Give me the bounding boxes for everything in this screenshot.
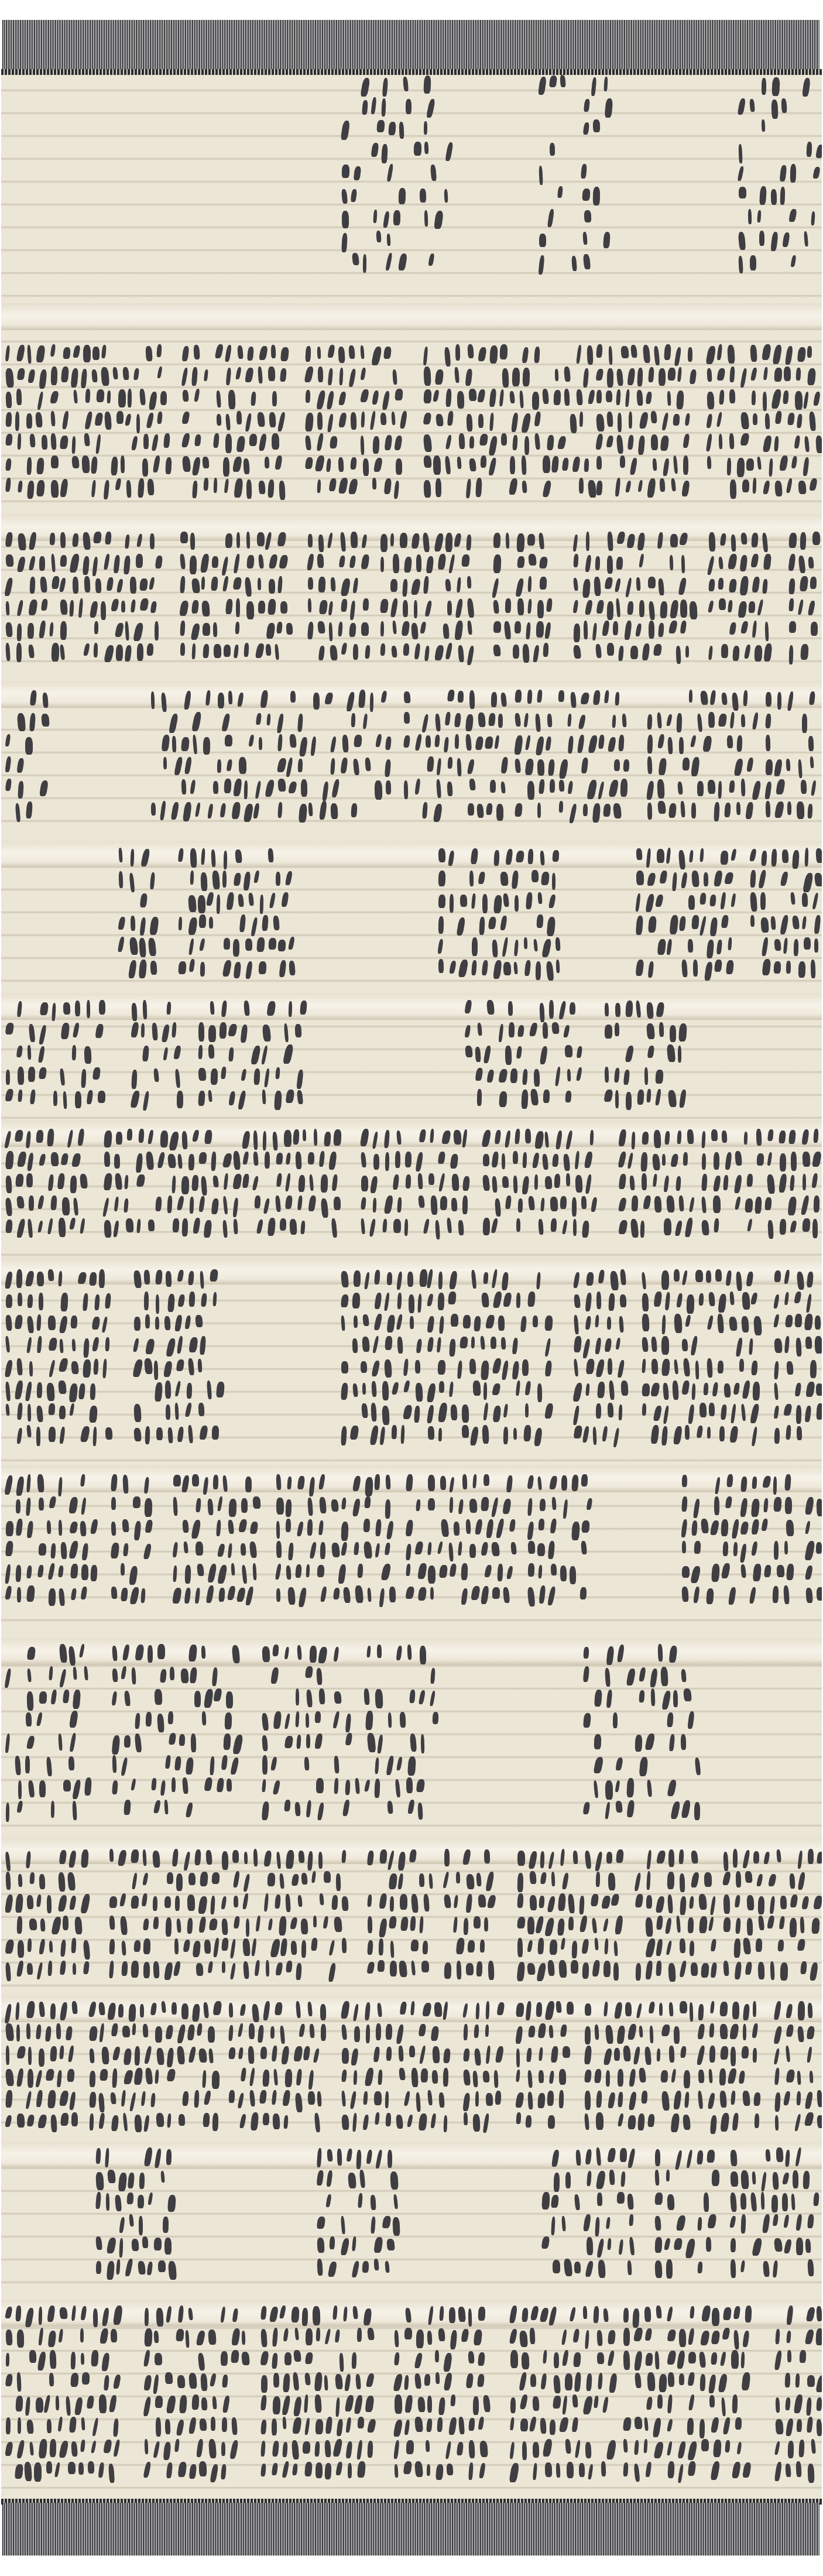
tuft-mark	[294, 1802, 301, 1816]
tuft-mark	[386, 2239, 395, 2250]
tuft-mark	[73, 345, 81, 358]
tuft-mark	[390, 1961, 397, 1976]
tuft-mark	[129, 937, 139, 955]
tuft-mark	[539, 1896, 544, 1908]
tuft-mark	[209, 917, 213, 929]
tuft-mark	[265, 780, 275, 797]
tuft-mark	[556, 960, 560, 973]
tuft-mark	[561, 1938, 566, 1950]
tuft-mark	[534, 1428, 543, 1446]
tuft-mark	[438, 1293, 445, 1310]
tuft-mark	[628, 2092, 637, 2110]
tuft-mark	[448, 1543, 454, 1561]
tuft-mark	[707, 556, 715, 575]
tuft-mark	[401, 621, 410, 636]
tuft-mark	[133, 1521, 141, 1540]
tuft-mark	[487, 1895, 497, 1908]
tuft-mark	[223, 457, 229, 477]
tuft-mark	[743, 1938, 752, 1954]
tuft-mark	[69, 1733, 77, 1752]
tuft-mark	[596, 2112, 603, 2130]
tuft-mark	[38, 2328, 44, 2345]
tuft-mark	[741, 779, 746, 796]
tuft-mark	[709, 2395, 715, 2407]
tuft-mark	[643, 1195, 651, 1209]
tuft-mark	[797, 1939, 806, 1951]
tuft-mark	[719, 598, 726, 610]
tuft-mark	[257, 412, 265, 427]
tuft-mark	[50, 480, 59, 498]
tuft-mark	[244, 780, 248, 799]
tuft-mark	[414, 2353, 423, 2368]
tuft-mark	[435, 2350, 439, 2362]
tuft-mark	[708, 1292, 715, 1306]
tuft-mark	[37, 1272, 44, 1286]
tuft-mark	[521, 413, 532, 433]
tuft-mark	[509, 391, 515, 403]
tuft-mark	[248, 893, 254, 906]
tuft-mark	[98, 2113, 105, 2129]
tuft-mark	[191, 643, 196, 659]
tuft-mark	[724, 872, 734, 884]
tuft-mark	[585, 600, 594, 615]
tuft-mark	[603, 2049, 612, 2065]
tuft-mark	[605, 1668, 611, 1687]
tuft-mark	[18, 1090, 23, 1102]
tuft-mark	[463, 2049, 470, 2061]
tuft-mark	[212, 1176, 219, 1187]
tuft-mark	[645, 2462, 652, 2477]
tuft-mark	[733, 1175, 742, 1193]
tuft-mark	[286, 1519, 291, 1532]
tuft-mark	[200, 962, 205, 977]
tuft-mark	[639, 1667, 646, 1681]
tuft-mark	[813, 1896, 822, 1909]
tuft-mark	[121, 601, 125, 612]
tuft-mark	[615, 1801, 623, 1813]
tuft-mark	[221, 1755, 228, 1770]
tuft-mark	[729, 780, 735, 793]
tuft-mark	[491, 692, 498, 707]
tuft-mark	[732, 2113, 739, 2130]
tuft-mark	[404, 2420, 410, 2435]
tuft-mark	[596, 2239, 605, 2258]
tuft-mark	[80, 2440, 85, 2452]
tuft-mark	[203, 2113, 210, 2127]
tuft-mark	[106, 577, 114, 591]
tuft-mark	[499, 1091, 507, 1107]
tuft-mark	[231, 1563, 235, 1575]
tuft-mark	[176, 2420, 185, 2435]
tuft-mark	[493, 895, 502, 913]
tuft-mark	[396, 2115, 403, 2129]
tuft-mark	[258, 601, 265, 614]
tuft-mark	[683, 455, 688, 475]
tuft-mark	[646, 392, 653, 404]
tuft-mark	[260, 2441, 266, 2457]
tuft-mark	[228, 1499, 236, 1517]
tuft-mark	[554, 2173, 560, 2192]
tuft-mark	[277, 412, 286, 431]
tuft-mark	[48, 1338, 57, 1351]
tuft-mark	[18, 781, 24, 799]
tuft-mark	[674, 347, 681, 366]
tuft-mark	[84, 1666, 88, 1680]
tuft-mark	[736, 1871, 742, 1888]
tuft-mark	[352, 2352, 357, 2369]
tuft-mark	[340, 2238, 350, 2255]
tuft-mark	[197, 1359, 202, 1372]
tuft-mark	[654, 2237, 662, 2253]
tuft-mark	[172, 1218, 179, 1232]
tuft-mark	[80, 1521, 86, 1536]
tuft-mark	[457, 457, 461, 469]
tuft-mark	[111, 2329, 118, 2342]
tuft-mark	[579, 2463, 585, 2477]
tuft-mark	[364, 1688, 370, 1705]
tuft-mark	[181, 1176, 189, 1194]
tuft-mark	[454, 621, 464, 640]
tuft-mark	[145, 346, 153, 361]
tuft-mark	[618, 2069, 623, 2087]
tuft-mark	[16, 2025, 20, 2041]
tuft-mark	[269, 579, 275, 594]
tuft-mark	[762, 2214, 771, 2233]
tuft-mark	[56, 2396, 59, 2410]
tuft-mark	[563, 1025, 570, 1037]
tuft-mark	[27, 481, 35, 499]
tuft-mark	[390, 598, 398, 617]
tuft-mark	[660, 2070, 668, 2082]
tuft-mark	[729, 433, 734, 449]
tuft-mark	[148, 1220, 155, 1231]
tuft-mark	[234, 645, 239, 658]
tuft-mark	[142, 2236, 149, 2248]
tuft-mark	[541, 872, 550, 885]
tuft-mark	[6, 1803, 9, 1822]
tuft-mark	[352, 2236, 356, 2251]
tuft-mark	[327, 2262, 337, 2277]
tuft-mark	[341, 2216, 345, 2234]
tuft-mark	[224, 1173, 229, 1190]
tuft-mark	[582, 1339, 591, 1358]
tuft-mark	[810, 577, 817, 589]
tuft-mark	[71, 2112, 78, 2126]
tuft-mark	[355, 1778, 360, 1794]
tuft-mark	[729, 389, 736, 403]
tuft-mark	[149, 577, 155, 590]
tuft-mark	[319, 801, 327, 820]
tuft-mark	[16, 1046, 23, 1057]
tuft-mark	[371, 1403, 377, 1421]
tuft-mark	[166, 2048, 174, 2067]
tuft-mark	[92, 347, 100, 360]
tuft-mark	[602, 621, 610, 636]
tuft-mark	[253, 871, 260, 883]
tuft-mark	[583, 368, 589, 388]
tuft-mark	[129, 2214, 134, 2226]
tuft-mark	[537, 600, 544, 618]
tuft-mark	[533, 1316, 538, 1327]
tuft-mark	[365, 1711, 373, 1730]
tuft-mark	[667, 2395, 673, 2413]
tuft-mark	[461, 1563, 468, 1580]
tuft-mark	[811, 622, 818, 636]
tuft-mark	[5, 1895, 14, 1913]
tuft-mark	[605, 1802, 611, 1819]
tuft-mark	[579, 1896, 585, 1914]
tuft-mark	[172, 1022, 177, 1037]
tuft-mark	[328, 1152, 337, 1170]
tuft-mark	[646, 781, 654, 800]
tuft-mark	[188, 2417, 197, 2434]
tuft-mark	[150, 872, 155, 889]
tuft-mark	[430, 2113, 437, 2128]
tuft-mark	[438, 1173, 445, 1191]
tuft-mark	[369, 1219, 376, 1236]
tuft-mark	[61, 1023, 70, 1039]
tuft-mark	[133, 1940, 140, 1952]
tuft-mark	[125, 414, 132, 426]
tuft-mark	[5, 2115, 12, 2127]
tuft-mark	[467, 759, 475, 774]
tuft-mark	[5, 1198, 13, 1216]
tuft-mark	[16, 600, 23, 616]
tuft-mark	[146, 1152, 155, 1170]
tuft-mark	[403, 1381, 410, 1392]
tuft-mark	[773, 2214, 779, 2226]
tuft-mark	[151, 1778, 157, 1790]
tuft-mark	[710, 2115, 717, 2134]
tuft-mark	[262, 2070, 269, 2087]
tuft-mark	[179, 2114, 186, 2126]
tuft-mark	[69, 554, 80, 573]
tuft-mark	[269, 938, 277, 950]
tuft-mark	[613, 1428, 620, 1447]
tuft-mark	[461, 1588, 468, 1605]
tuft-mark	[618, 735, 625, 751]
tuft-mark	[543, 643, 548, 657]
tuft-mark	[304, 1757, 309, 1770]
tuft-mark	[637, 2113, 645, 2130]
tuft-mark	[60, 1961, 67, 1975]
tuft-mark	[597, 2352, 604, 2364]
tuft-mark	[667, 2351, 677, 2365]
tuft-mark	[524, 1381, 531, 1395]
tuft-mark	[666, 1195, 675, 1212]
tuft-mark	[47, 1895, 52, 1913]
tuft-mark	[678, 1023, 687, 1042]
tuft-mark	[794, 1292, 802, 1303]
tuft-mark	[816, 2419, 822, 2436]
tuft-mark	[545, 2462, 553, 2477]
tuft-mark	[190, 624, 200, 640]
tuft-mark	[385, 1499, 391, 1519]
tuft-mark	[593, 187, 601, 205]
tuft-mark	[661, 413, 669, 430]
tuft-mark	[193, 345, 200, 359]
tuft-mark	[26, 1736, 36, 1749]
tuft-mark	[771, 389, 782, 409]
tuft-mark	[543, 2350, 547, 2363]
tuft-mark	[785, 346, 794, 365]
tuft-mark	[199, 2461, 207, 2476]
tuft-mark	[410, 579, 421, 595]
tuft-mark	[191, 367, 198, 386]
tuft-mark	[221, 2464, 227, 2479]
tuft-mark	[516, 1218, 520, 1232]
tuft-mark	[804, 1406, 811, 1422]
tuft-mark	[795, 2461, 801, 2477]
tuft-mark	[808, 736, 814, 751]
tuft-mark	[773, 2049, 780, 2064]
tuft-mark	[727, 458, 732, 475]
tuft-mark	[456, 917, 465, 936]
tuft-mark	[403, 2461, 413, 2474]
tuft-mark	[486, 1070, 495, 1083]
tuft-mark	[84, 1046, 91, 1064]
tuft-mark	[676, 390, 684, 409]
tuft-mark	[242, 1174, 250, 1188]
tuft-mark	[535, 737, 544, 755]
tuft-mark	[500, 916, 507, 930]
tuft-mark	[290, 1917, 298, 1929]
tuft-mark	[460, 895, 468, 907]
tuft-mark	[212, 2071, 220, 2089]
tuft-mark	[250, 1522, 259, 1534]
tuft-mark	[276, 1588, 280, 1602]
tuft-mark	[811, 960, 816, 978]
tuft-mark	[530, 1089, 539, 1105]
tuft-mark	[542, 1154, 549, 1170]
tuft-mark	[354, 2395, 363, 2414]
tuft-mark	[309, 2024, 315, 2038]
tuft-mark	[691, 757, 700, 776]
tuft-mark	[750, 1293, 758, 1304]
tuft-mark	[644, 2328, 652, 2341]
tuft-mark	[639, 412, 649, 429]
tuft-mark	[519, 2331, 528, 2347]
tuft-mark	[309, 1542, 317, 1558]
tuft-mark	[352, 1499, 361, 1516]
tuft-mark	[306, 1713, 309, 1728]
tuft-mark	[5, 1541, 14, 1556]
tuft-mark	[91, 2441, 97, 2453]
tuft-mark	[293, 2046, 303, 2061]
tuft-mark	[118, 871, 123, 888]
tuft-mark	[138, 2261, 146, 2274]
tuft-mark	[629, 1176, 635, 1190]
tuft-mark	[716, 368, 726, 381]
tuft-mark	[59, 1406, 66, 1419]
tuft-mark	[268, 366, 276, 381]
tuft-mark	[132, 2239, 139, 2251]
tuft-mark	[647, 1046, 654, 1058]
tuft-mark	[115, 2195, 122, 2211]
tuft-mark	[800, 1917, 804, 1933]
tuft-mark	[393, 2374, 403, 2391]
tuft-mark	[407, 1756, 416, 1776]
tuft-mark	[702, 1153, 706, 1170]
tuft-mark	[775, 411, 783, 424]
tuft-mark	[49, 1496, 57, 1508]
tuft-mark	[595, 644, 602, 658]
tuft-mark	[670, 1154, 678, 1167]
tuft-mark	[262, 1755, 268, 1775]
tuft-mark	[796, 368, 801, 381]
tuft-mark	[182, 2091, 189, 2106]
tuft-mark	[318, 646, 325, 660]
tuft-mark	[687, 1294, 695, 1314]
tuft-mark	[6, 2417, 11, 2434]
tuft-mark	[269, 893, 276, 908]
tuft-mark	[457, 1961, 462, 1979]
tuft-mark	[75, 1001, 80, 1016]
tuft-mark	[615, 478, 620, 496]
tuft-mark	[323, 1916, 328, 1928]
tuft-mark	[774, 801, 784, 818]
tuft-mark	[334, 1197, 341, 1210]
tuft-mark	[436, 758, 441, 775]
tuft-mark	[303, 2441, 311, 2454]
tuft-mark	[642, 1383, 650, 1396]
tuft-mark	[685, 646, 689, 657]
tuft-mark	[516, 1962, 525, 1981]
tuft-mark	[750, 1404, 760, 1423]
tuft-mark	[503, 621, 511, 639]
tuft-mark	[647, 961, 654, 978]
tuft-mark	[25, 737, 33, 755]
tuft-mark	[121, 1941, 126, 1955]
tuft-mark	[73, 1198, 79, 1215]
tuft-mark	[5, 368, 14, 388]
tuft-mark	[667, 368, 675, 381]
tuft-mark	[363, 1519, 370, 1532]
tuft-mark	[671, 2069, 676, 2082]
tuft-mark	[645, 894, 655, 912]
tuft-mark	[393, 481, 399, 499]
tuft-mark	[160, 2171, 165, 2183]
tuft-mark	[103, 1173, 112, 1190]
tuft-mark	[183, 1940, 190, 1952]
tuft-mark	[277, 779, 286, 792]
tuft-mark	[578, 715, 587, 729]
tuft-mark	[189, 2464, 197, 2479]
tuft-mark	[230, 1758, 239, 1775]
tuft-mark	[588, 390, 595, 404]
tuft-mark	[741, 1404, 746, 1421]
tuft-mark	[155, 1382, 163, 1402]
tuft-mark	[163, 757, 167, 769]
tuft-mark	[80, 1174, 88, 1188]
tuft-mark	[750, 368, 757, 381]
tuft-mark	[18, 433, 22, 450]
tuft-mark	[318, 366, 323, 382]
tuft-mark	[449, 2307, 455, 2323]
tuft-mark	[551, 1497, 556, 1510]
tuft-mark	[416, 2330, 424, 2348]
tuft-mark	[762, 78, 766, 95]
tuft-mark	[565, 2373, 572, 2390]
tuft-mark	[28, 1219, 33, 1238]
tuft-mark	[153, 2375, 159, 2394]
tuft-mark	[74, 2397, 84, 2415]
tuft-mark	[773, 2260, 779, 2277]
tuft-mark	[616, 598, 621, 617]
tuft-mark	[497, 1564, 503, 1581]
tuft-mark	[389, 1873, 398, 1889]
tuft-mark	[114, 1197, 119, 1211]
